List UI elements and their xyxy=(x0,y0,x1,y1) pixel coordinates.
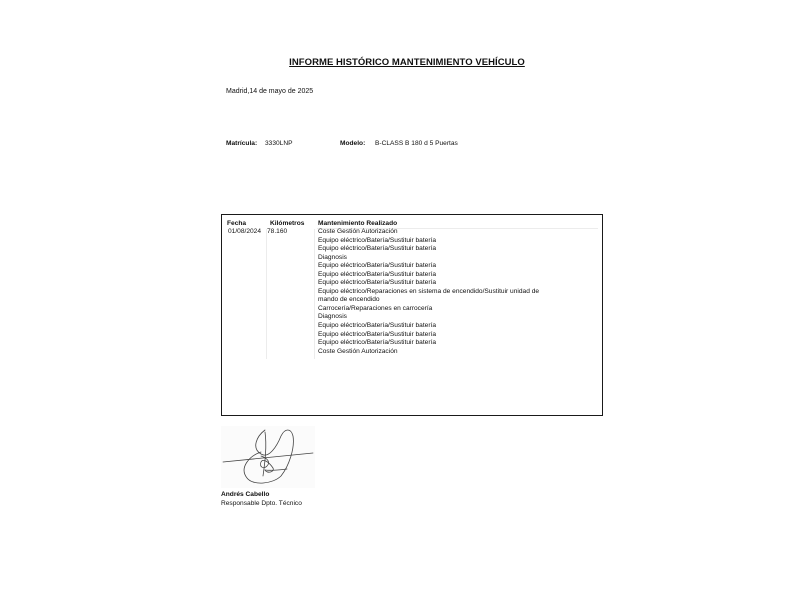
row-date: 01/08/2024 xyxy=(228,228,261,236)
signature-icon xyxy=(221,426,315,488)
maintenance-item: Equipo eléctrico/Reparaciones en sistema… xyxy=(318,288,558,305)
maintenance-item: Carrocería/Reparaciones en carrocería xyxy=(318,305,558,314)
maintenance-item: Equipo eléctrico/Batería/Sustituir bater… xyxy=(318,245,558,254)
plate-value: 3330LNP xyxy=(265,140,293,147)
maintenance-item: Equipo eléctrico/Batería/Sustituir bater… xyxy=(318,237,558,246)
maintenance-item: Diagnosis xyxy=(318,254,558,263)
maintenance-items: Coste Gestión AutorizaciónEquipo eléctri… xyxy=(318,228,558,356)
plate-label: Matrícula: xyxy=(226,140,257,147)
model-value: B-CLASS B 180 d 5 Puertas xyxy=(375,140,458,147)
maintenance-item: Equipo eléctrico/Batería/Sustituir bater… xyxy=(318,339,558,348)
model-label: Modelo: xyxy=(340,140,365,147)
maintenance-item: Equipo eléctrico/Batería/Sustituir bater… xyxy=(318,262,558,271)
header-maintenance: Mantenimiento Realizado xyxy=(318,220,397,227)
signer-role: Responsable Dpto. Técnico xyxy=(221,500,302,507)
maintenance-item: Equipo eléctrico/Batería/Sustituir bater… xyxy=(318,271,558,280)
document-title: INFORME HISTÓRICO MANTENIMIENTO VEHÍCULO xyxy=(0,57,800,68)
maintenance-item: Equipo eléctrico/Batería/Sustituir bater… xyxy=(318,322,558,331)
maintenance-item: Coste Gestión Autorización xyxy=(318,228,558,237)
maintenance-item: Diagnosis xyxy=(318,313,558,322)
maintenance-table: Fecha Kilómetros Mantenimiento Realizado… xyxy=(221,214,603,416)
header-km: Kilómetros xyxy=(270,220,304,227)
row-km: 78.160 xyxy=(267,228,287,236)
place-date: Madrid,14 de mayo de 2025 xyxy=(226,88,313,95)
header-date: Fecha xyxy=(227,220,246,227)
column-divider xyxy=(266,229,267,359)
signer-name: Andrés Cabello xyxy=(221,491,269,498)
maintenance-item: Coste Gestión Autorización xyxy=(318,348,558,357)
column-divider xyxy=(314,229,315,359)
maintenance-item: Equipo eléctrico/Batería/Sustituir bater… xyxy=(318,279,558,288)
maintenance-item: Equipo eléctrico/Batería/Sustituir bater… xyxy=(318,331,558,340)
